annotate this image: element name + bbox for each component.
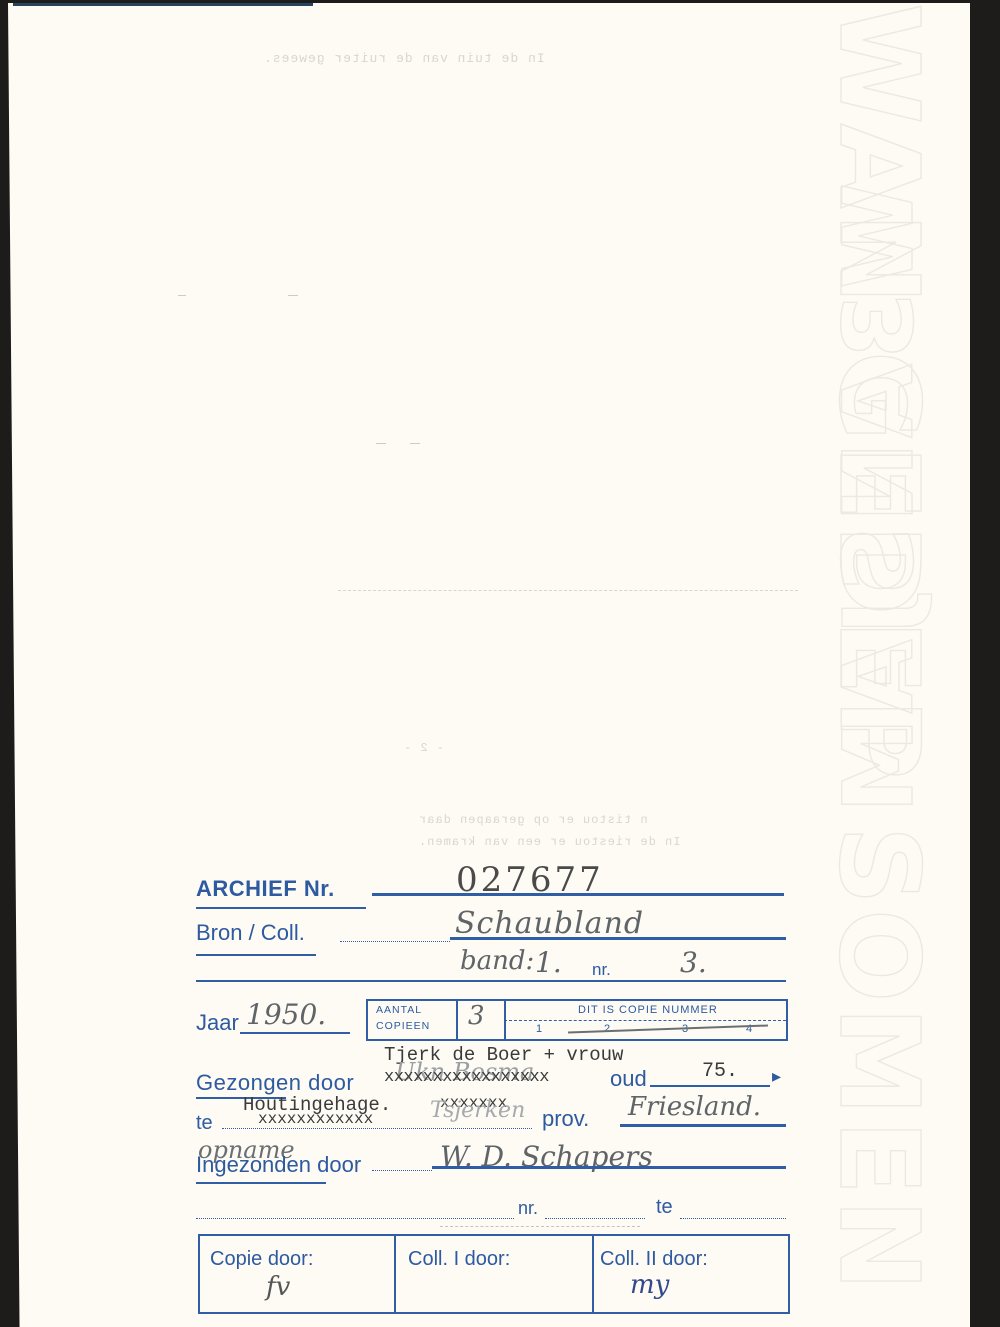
jaar-value: 1950. [246, 998, 326, 1031]
archief-label: ARCHIEF Nr. [196, 876, 335, 902]
faint-mark [376, 443, 386, 444]
divider [456, 1001, 458, 1039]
aantal-value: 3 [468, 1001, 485, 1031]
address-nr-label: nr. [518, 1198, 538, 1219]
bron-value: Schaubland [455, 906, 644, 941]
copieen-label: COPIEEN [376, 1020, 430, 1032]
copies-box: AANTAL COPIEEN 3 DIT IS COPIE NUMMER 1 2… [366, 999, 788, 1041]
rule [196, 954, 316, 956]
ingezonden-label: Ingezonden door [196, 1152, 361, 1178]
crossed-out-singer: xxxxxxxxxxxxxxxxx [384, 1068, 549, 1087]
band-rule [196, 980, 786, 982]
oud-rule [650, 1085, 770, 1087]
band-label: band: [460, 946, 534, 976]
rule [222, 1128, 532, 1129]
prov-label: prov. [542, 1106, 589, 1132]
faint-mark [288, 295, 298, 296]
rule [196, 907, 366, 909]
oud-value: 75. [702, 1060, 738, 1083]
copie-initials: fv [266, 1272, 290, 1302]
rule [196, 1182, 326, 1184]
prov-rule [620, 1124, 786, 1127]
band-value: 1. [535, 946, 562, 979]
oud-label: oud [610, 1066, 647, 1092]
crossed-out-place-2: xxxxxxxxxxxx [258, 1110, 373, 1128]
bleed-through-line-2: In de riestou er een van kramen. [418, 835, 680, 849]
gezongen-label: Gezongen door [196, 1070, 354, 1096]
rule [680, 1218, 786, 1219]
rule [372, 1170, 432, 1171]
hand-strike [568, 1025, 768, 1033]
coll1-door-label: Coll. I door: [408, 1248, 510, 1271]
watermark-line-2: W3ANSJAM [823, 183, 935, 817]
scan-edge [13, 3, 313, 6]
bron-label: Bron / Coll. [196, 920, 305, 946]
footer-box: Copie door: fv Coll. I door: Coll. II do… [198, 1234, 790, 1314]
address-rule [196, 1218, 514, 1219]
crossed-place-hand: Tsjerken [430, 1098, 525, 1123]
archief-rule [372, 893, 784, 896]
copie-number-2: 2 [604, 1023, 610, 1035]
copie-number-3: 3 [682, 1023, 688, 1035]
faint-dashed-line [440, 1226, 640, 1228]
faint-mark [410, 443, 420, 444]
rule [545, 1218, 645, 1219]
nr-value: 3. [680, 946, 707, 979]
band-nr-label: nr. [592, 960, 611, 980]
bron-rule [450, 937, 786, 940]
address-te-label: te [656, 1196, 673, 1219]
bleed-through-page-marker: - 2 - [403, 741, 444, 755]
coll2-initials: my [630, 1270, 669, 1300]
copie-number-1: 1 [536, 1023, 542, 1035]
coll2-door-label: Coll. II door: [600, 1248, 708, 1271]
rule [340, 941, 450, 942]
rule [504, 1020, 786, 1021]
ingezonden-rule [432, 1166, 786, 1169]
bleed-through-line-1: n tistou er op geraapen daar [418, 813, 648, 827]
copie-nummer-label: DIT IS COPIE NUMMER [578, 1004, 718, 1016]
faint-mark [178, 295, 186, 296]
faint-dashed-line [338, 590, 798, 592]
jaar-label: Jaar [196, 1010, 239, 1036]
divider [592, 1236, 594, 1312]
aantal-label: AANTAL [376, 1004, 422, 1016]
divider [394, 1236, 396, 1312]
prov-value: Friesland. [628, 1092, 761, 1122]
arrow-mark-icon: ▸ [772, 1066, 781, 1087]
copie-door-label: Copie door: [210, 1248, 313, 1271]
bleed-through-top: In de tuin van de ruiter gewees. [263, 51, 545, 66]
te-label: te [196, 1112, 213, 1135]
jaar-rule [240, 1032, 350, 1034]
